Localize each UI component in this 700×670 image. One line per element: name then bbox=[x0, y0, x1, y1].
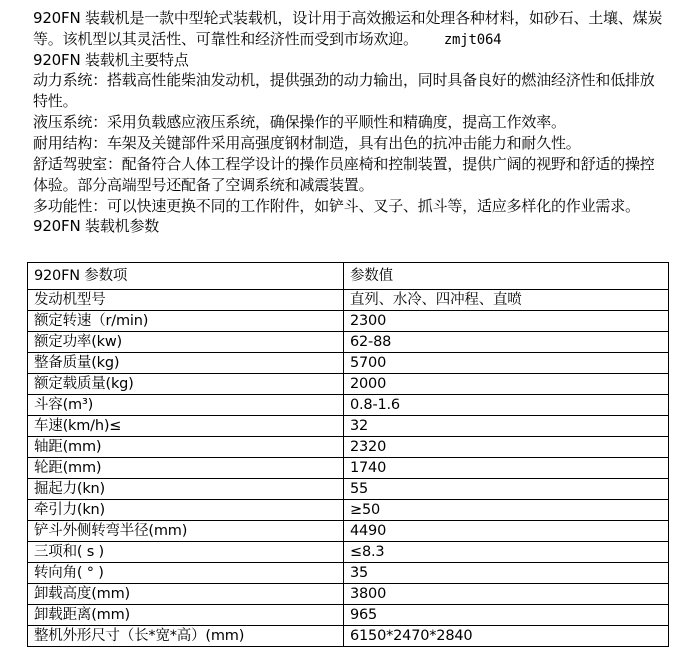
feature-hydraulic: 液压系统：采用负载感应液压系统，确保操作的平顺性和精确度，提高工作效率。 bbox=[33, 112, 665, 133]
param-value: 2000 bbox=[344, 374, 669, 395]
param-name: 卸载高度(mm) bbox=[28, 584, 344, 605]
param-name: 转向角( ° ) bbox=[28, 563, 344, 584]
param-name: 整机外形尺寸（长*宽*高）(mm) bbox=[28, 626, 344, 647]
params-heading: 920FN 装载机参数 bbox=[33, 217, 665, 236]
param-value: ≤8.3 bbox=[344, 542, 669, 563]
param-name: 轮距(mm) bbox=[28, 458, 344, 479]
table-row: 额定转速（r/min)2300 bbox=[28, 311, 669, 332]
param-name: 三项和( s ) bbox=[28, 542, 344, 563]
param-value: 35 bbox=[344, 563, 669, 584]
header-param-item: 920FN 参数项 bbox=[28, 263, 344, 290]
table-row: 额定载质量(kg)2000 bbox=[28, 374, 669, 395]
table-row: 掘起力(kn)55 bbox=[28, 479, 669, 500]
intro-text: 920FN 装载机是一款中型轮式装载机，设计用于高效搬运和处理各种材料，如砂石、… bbox=[33, 9, 662, 48]
feature-cab: 舒适驾驶室：配备符合人体工程学设计的操作员座椅和控制装置，提供广阔的视野和舒适的… bbox=[33, 154, 665, 196]
table-row: 卸载高度(mm)3800 bbox=[28, 584, 669, 605]
param-name: 额定载质量(kg) bbox=[28, 374, 344, 395]
param-value: 0.8-1.6 bbox=[344, 395, 669, 416]
param-value: 6150*2470*2840 bbox=[344, 626, 669, 647]
param-name: 轴距(mm) bbox=[28, 437, 344, 458]
param-name: 额定转速（r/min) bbox=[28, 311, 344, 332]
table-row: 轴距(mm)2320 bbox=[28, 437, 669, 458]
header-param-value: 参数值 bbox=[344, 263, 669, 290]
table-header-row: 920FN 参数项 参数值 bbox=[28, 263, 669, 290]
param-name: 发动机型号 bbox=[28, 290, 344, 311]
param-value: 1740 bbox=[344, 458, 669, 479]
param-name: 牵引力(kn) bbox=[28, 500, 344, 521]
param-value: 2320 bbox=[344, 437, 669, 458]
table-row: 车速(km/h)≤32 bbox=[28, 416, 669, 437]
param-name: 卸载距离(mm) bbox=[28, 605, 344, 626]
param-name: 额定功率(kw) bbox=[28, 332, 344, 353]
param-name: 整备质量(kg) bbox=[28, 353, 344, 374]
table-row: 转向角( ° )35 bbox=[28, 563, 669, 584]
table-row: 发动机型号直列、水冷、四冲程、直喷 bbox=[28, 290, 669, 311]
param-name: 车速(km/h)≤ bbox=[28, 416, 344, 437]
param-value: 62-88 bbox=[344, 332, 669, 353]
param-name: 掘起力(kn) bbox=[28, 479, 344, 500]
table-row: 轮距(mm)1740 bbox=[28, 458, 669, 479]
param-value: 2300 bbox=[344, 311, 669, 332]
feature-power: 动力系统：搭载高性能柴油发动机，提供强劲的动力输出，同时具备良好的燃油经济性和低… bbox=[33, 70, 665, 112]
intro-paragraph: 920FN 装载机是一款中型轮式装载机，设计用于高效搬运和处理各种材料，如砂石、… bbox=[33, 8, 665, 51]
document-body: 920FN 装载机是一款中型轮式装载机，设计用于高效搬运和处理各种材料，如砂石、… bbox=[33, 8, 665, 236]
table-row: 三项和( s )≤8.3 bbox=[28, 542, 669, 563]
param-value: 4490 bbox=[344, 521, 669, 542]
table-row: 铲斗外侧转弯半径(mm)4490 bbox=[28, 521, 669, 542]
feature-versatility: 多功能性：可以快速更换不同的工作附件，如铲斗、叉子、抓斗等，适应多样化的作业需求… bbox=[33, 196, 665, 217]
param-value: 直列、水冷、四冲程、直喷 bbox=[344, 290, 669, 311]
table-row: 整备质量(kg)5700 bbox=[28, 353, 669, 374]
features-heading: 920FN 装载机主要特点 bbox=[33, 51, 665, 70]
param-name: 铲斗外侧转弯半径(mm) bbox=[28, 521, 344, 542]
table-row: 斗容(m³)0.8-1.6 bbox=[28, 395, 669, 416]
param-value: 5700 bbox=[344, 353, 669, 374]
table-row: 卸载距离(mm)965 bbox=[28, 605, 669, 626]
table-row: 整机外形尺寸（长*宽*高）(mm)6150*2470*2840 bbox=[28, 626, 669, 647]
param-value: ≥50 bbox=[344, 500, 669, 521]
intro-tag: zmjt064 bbox=[444, 32, 502, 48]
param-value: 32 bbox=[344, 416, 669, 437]
param-name: 斗容(m³) bbox=[28, 395, 344, 416]
feature-structure: 耐用结构：车架及关键部件采用高强度钢材制造，具有出色的抗冲击能力和耐久性。 bbox=[33, 133, 665, 154]
param-value: 965 bbox=[344, 605, 669, 626]
table-row: 额定功率(kw)62-88 bbox=[28, 332, 669, 353]
param-value: 3800 bbox=[344, 584, 669, 605]
params-table: 920FN 参数项 参数值 发动机型号直列、水冷、四冲程、直喷 额定转速（r/m… bbox=[27, 262, 669, 647]
param-value: 55 bbox=[344, 479, 669, 500]
table-row: 牵引力(kn)≥50 bbox=[28, 500, 669, 521]
